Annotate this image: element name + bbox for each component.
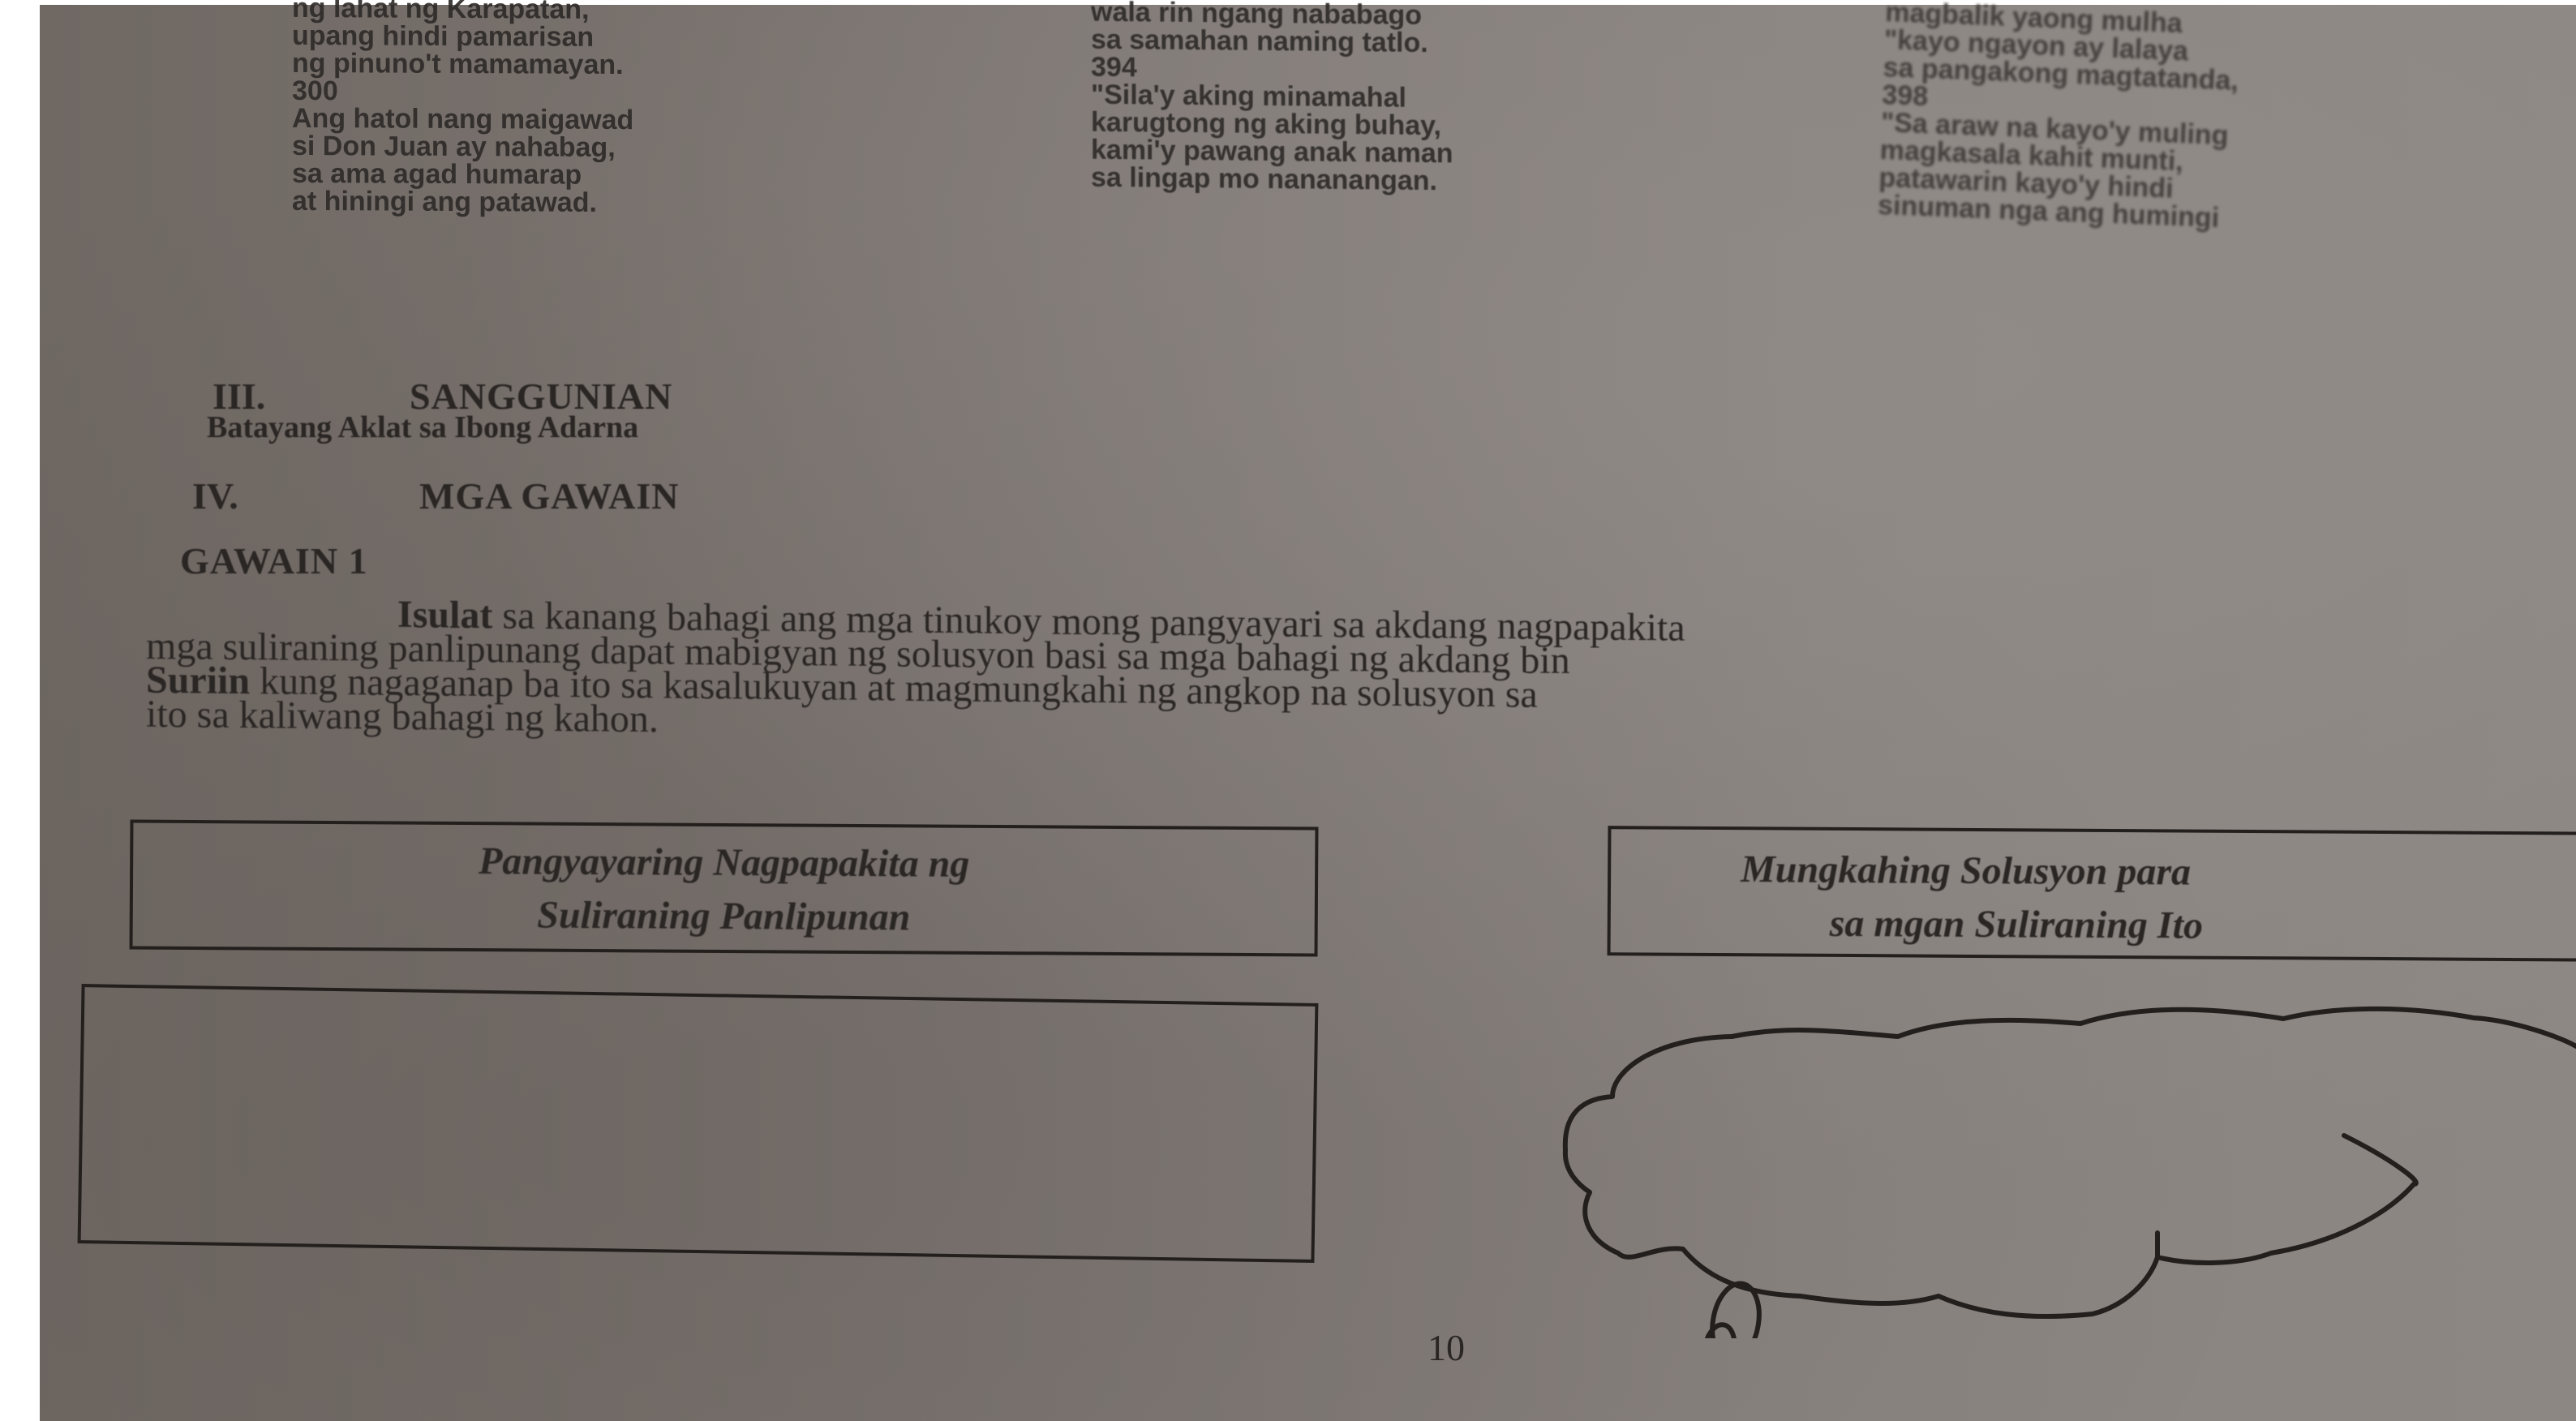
left-column-header: Pangyayaring Nagpapakita ng Suliraning P… <box>133 833 1316 947</box>
header-line: Mungkahing Solusyon para <box>1741 843 2576 902</box>
thought-cloud-icon <box>1565 1009 2576 1338</box>
poem-line: sa ama agad humarap <box>292 160 633 189</box>
section-number-mga-gawain: IV. <box>192 474 238 517</box>
header-line: Pangyayaring Nagpapakita ng <box>133 833 1315 894</box>
poem-column-right: magbalik yaong mulha "kayo ngayon ay lal… <box>1878 0 2241 233</box>
stanza-number: 300 <box>292 77 633 106</box>
poem-line: Ang hatol nang maigawad <box>292 105 633 134</box>
page-number: 10 <box>1428 1326 1465 1369</box>
poem-line: sa lingap mo nananangan. <box>1091 164 1453 195</box>
poem-line: si Don Juan ay nahabag, <box>292 132 633 161</box>
poem-line: upang hindi pamarisan <box>292 22 633 51</box>
poem-column-left: ng lahat ng Karapatan, upang hindi pamar… <box>292 0 633 217</box>
left-column-header-box: Pangyayaring Nagpapakita ng Suliraning P… <box>130 820 1319 957</box>
poem-line: sa samahan naming tatlo. <box>1091 26 1453 58</box>
poem-line: ng pinuno't mamamayan. <box>292 49 633 79</box>
thought-cloud-answer-area[interactable] <box>1541 973 2576 1338</box>
poem-line: at hiningi ang patawad. <box>292 187 633 217</box>
header-line: Suliraning Panlipunan <box>133 887 1315 947</box>
right-column-header-box: Mungkahing Solusyon para sa mgan Suliran… <box>1608 826 2576 962</box>
activity-label: GAWAIN 1 <box>180 539 368 582</box>
events-answer-box[interactable] <box>78 984 1319 1263</box>
header-line: sa mgan Suliraning Ito <box>1741 896 2576 955</box>
right-column-header: Mungkahing Solusyon para sa mgan Suliran… <box>1611 842 2576 955</box>
section-title-mga-gawain: MGA GAWAIN <box>419 474 680 517</box>
reference-text: Batayang Aklat sa Ibong Adarna <box>207 410 638 445</box>
instructions-paragraph: Isulat sa kanang bahagi ang mga tinukoy … <box>146 595 2576 758</box>
poem-column-middle: wala rin ngang nababago sa samahan namin… <box>1091 0 1453 195</box>
